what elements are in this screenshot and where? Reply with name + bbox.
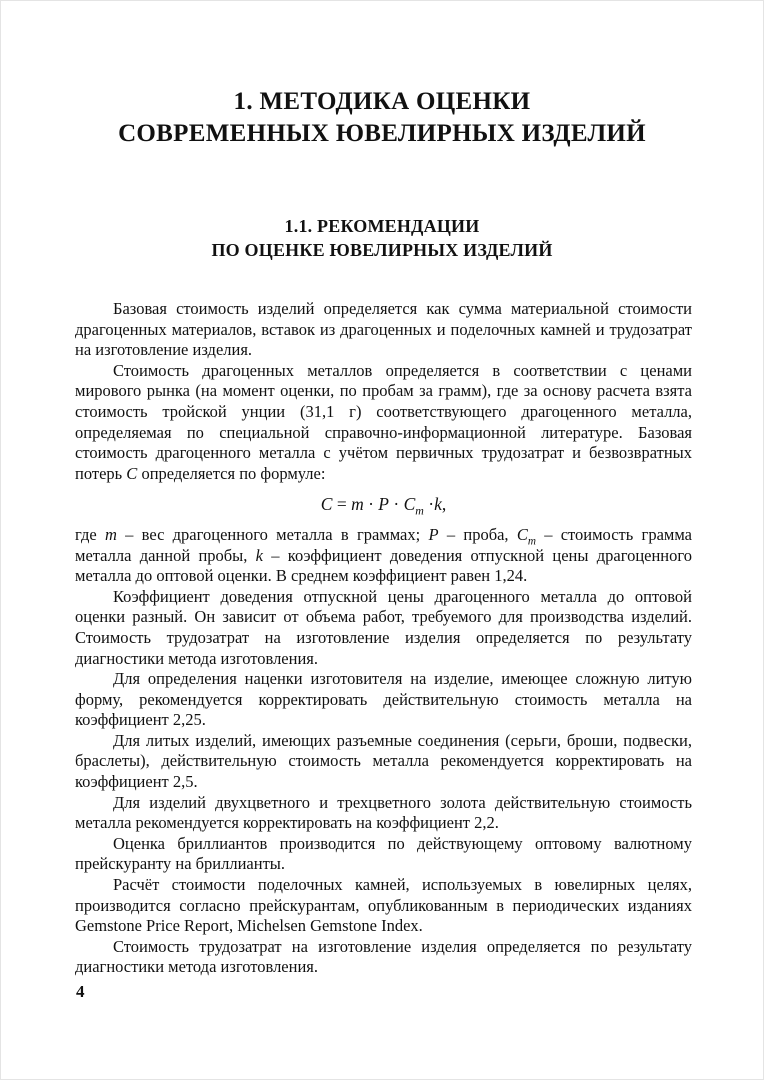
paragraph: Стоимость драгоценных металлов определяе… [75, 361, 692, 485]
text-segment: Стоимость трудозатрат на изготовление из… [75, 937, 692, 977]
formula-var-m: m [351, 494, 364, 514]
body-text: Базовая стоимость изделий определяется к… [75, 299, 692, 978]
paragraph: Коэффициент доведения отпускной цены дра… [75, 587, 692, 669]
paragraph: Для определения наценки изготовителя на … [75, 669, 692, 731]
formula-var-P: P [378, 494, 389, 514]
section-title: 1.1. РЕКОМЕНДАЦИИ ПО ОЦЕНКЕ ЮВЕЛИРНЫХ ИЗ… [0, 214, 764, 262]
formula-dot-operator: · [368, 494, 374, 514]
text-segment: Для определения наценки изготовителя на … [75, 669, 692, 729]
formula-var-Cm: Cm [404, 494, 424, 514]
formula-var-C: C [321, 494, 333, 514]
paragraph: Расчёт стоимости поделочных камней, испо… [75, 875, 692, 937]
text-segment: Расчёт стоимости поделочных камней, испо… [75, 875, 692, 935]
text-segment: Оценка бриллиантов производится по дейст… [75, 834, 692, 874]
book-page: 1. МЕТОДИКА ОЦЕНКИ СОВРЕМЕННЫХ ЮВЕЛИРНЫХ… [0, 0, 764, 1080]
text-segment: где [75, 525, 105, 544]
text-segment: Базовая стоимость изделий определяется к… [75, 299, 692, 359]
paragraph: Оценка бриллиантов производится по дейст… [75, 834, 692, 875]
page-number: 4 [76, 982, 85, 1002]
text-segment: Коэффициент доведения отпускной цены дра… [75, 587, 692, 668]
chapter-title-line2: СОВРЕМЕННЫХ ЮВЕЛИРНЫХ ИЗДЕЛИЙ [0, 118, 764, 150]
formula-dot-operator: · [393, 494, 399, 514]
chapter-title: 1. МЕТОДИКА ОЦЕНКИ СОВРЕМЕННЫХ ЮВЕЛИРНЫХ… [0, 0, 764, 150]
section-title-line1: 1.1. РЕКОМЕНДАЦИИ [0, 214, 764, 238]
section-title-line2: ПО ОЦЕНКЕ ЮВЕЛИРНЫХ ИЗДЕЛИЙ [0, 238, 764, 262]
inline-variable: C [517, 525, 528, 544]
paragraph: Для изделий двухцветного и трехцветного … [75, 793, 692, 834]
text-segment: Для изделий двухцветного и трехцветного … [75, 793, 692, 833]
formula-var-k: k [434, 494, 442, 514]
text-segment: – проба, [439, 525, 517, 544]
formula-equals-sign: = [337, 494, 347, 514]
formula-base-cost: C = m · P · Cm ·k, [75, 494, 692, 515]
inline-variable: m [105, 525, 117, 544]
paragraph: где m – вес драгоценного металла в грамм… [75, 525, 692, 587]
inline-variable: k [256, 546, 263, 565]
paragraph: Стоимость трудозатрат на изготовление из… [75, 937, 692, 978]
text-segment: Для литых изделий, имеющих разъемные сое… [75, 731, 692, 791]
inline-variable: P [428, 525, 438, 544]
paragraph: Базовая стоимость изделий определяется к… [75, 299, 692, 361]
paragraph: Для литых изделий, имеющих разъемные сое… [75, 731, 692, 793]
text-segment: определяется по формуле: [137, 464, 325, 483]
formula-comma: , [442, 494, 446, 514]
inline-variable: C [126, 464, 137, 483]
paragraphs-after-formula: где m – вес драгоценного металла в грамм… [75, 525, 692, 978]
chapter-title-line1: 1. МЕТОДИКА ОЦЕНКИ [0, 86, 764, 118]
text-segment: – вес драгоценного металла в граммах; [117, 525, 429, 544]
formula-subscript-m: m [415, 504, 424, 518]
paragraphs-before-formula: Базовая стоимость изделий определяется к… [75, 299, 692, 484]
